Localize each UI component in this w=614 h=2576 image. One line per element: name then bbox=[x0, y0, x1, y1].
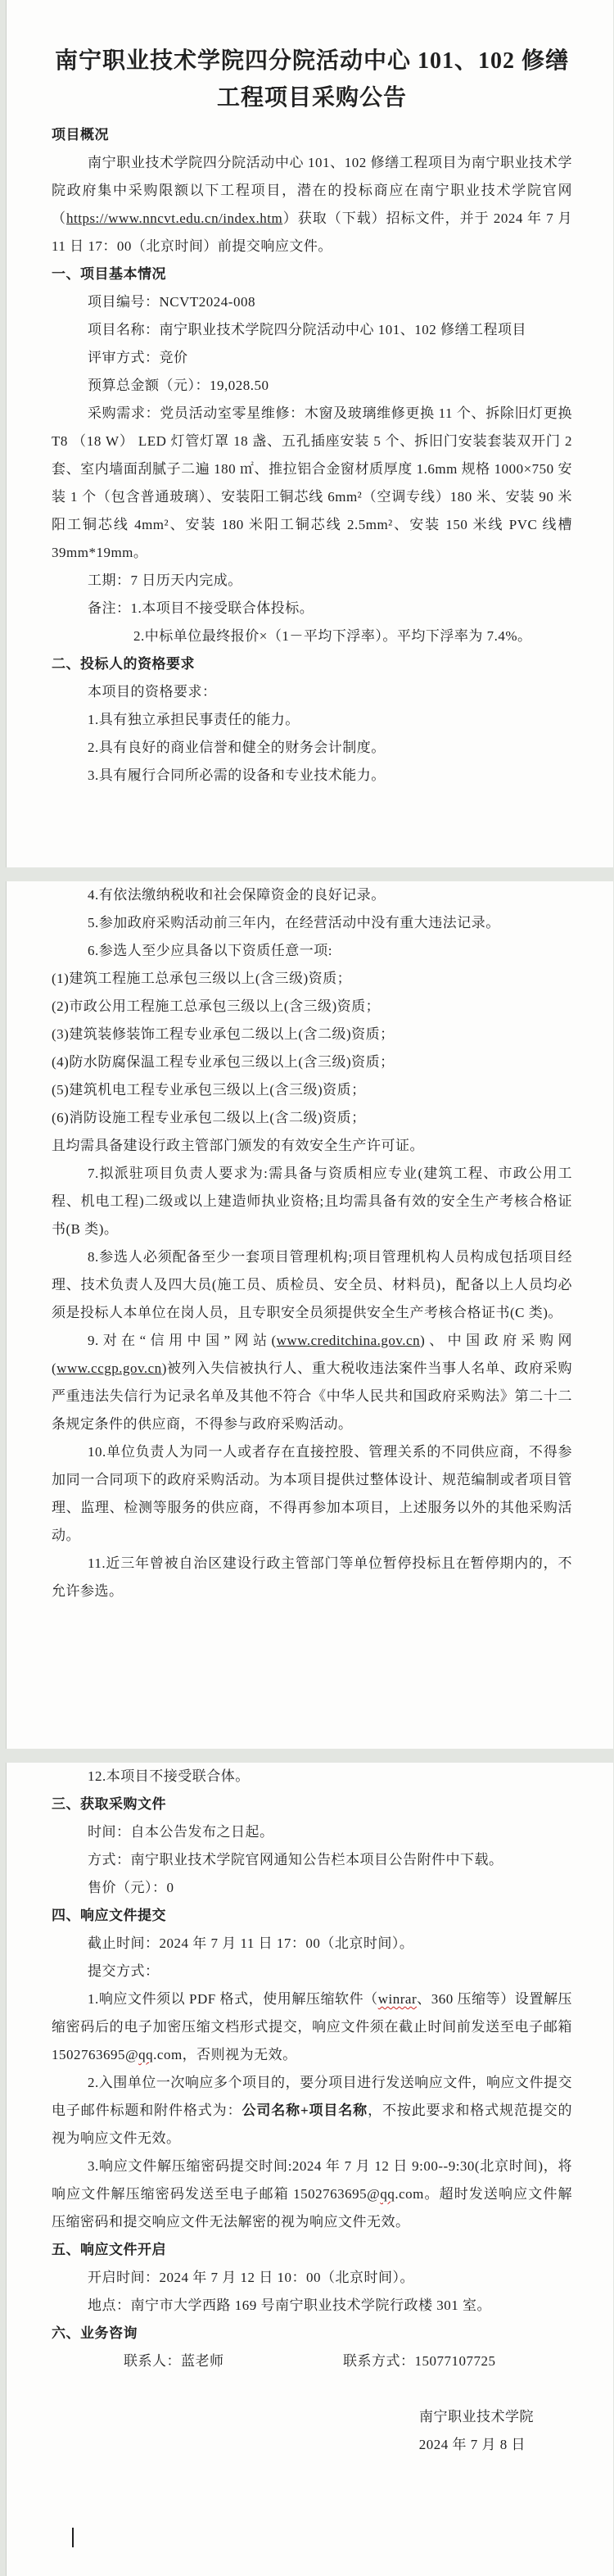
qualification-item-11: 11.近三年曾被自治区建设行政主管部门等单位暂停投标且在暂停期内的，不允许参选。 bbox=[52, 1550, 572, 1605]
text-run: 评审方式：竞价 bbox=[88, 350, 188, 365]
qualification-item-6: 6.参选人至少应具备以下资质任意一项: bbox=[52, 937, 572, 965]
text-run: 2024 年 7 月 8 日 bbox=[419, 2437, 526, 2452]
text-run: 工期：7 日历天内完成。 bbox=[88, 573, 242, 588]
emphasized-text: 公司名称+项目名称 bbox=[242, 2103, 368, 2118]
text-run: 12.本项目不接受联合体。 bbox=[88, 1768, 250, 1784]
submit-rule-2: 2.入围单位一次响应多个项目的，要分项目进行发送响应文件，响应文件提交电子邮件标… bbox=[52, 2069, 572, 2153]
text-run: 联系方式：15077107725 bbox=[343, 2353, 496, 2369]
text-run: 且均需具备建设行政主管部门颁发的有效安全生产许可证。 bbox=[52, 1138, 424, 1153]
text-run: 项目名称：南宁职业技术学院四分院活动中心 101、102 修缮工程项目 bbox=[88, 322, 526, 337]
text-run: 一、项目基本情况 bbox=[52, 266, 166, 282]
text-run: 8.参选人必须配备至少一套项目管理机构;项目管理机构人员构成包括项目经理、技术负… bbox=[52, 1249, 572, 1320]
heading-section-5: 五、响应文件开启 bbox=[52, 2236, 572, 2264]
signature-date: 2024 年 7 月 8 日 bbox=[52, 2431, 572, 2459]
text-run: 时间：自本公告发布之日起。 bbox=[88, 1824, 274, 1840]
text-run: (2)市政公用工程施工总承包三级以上(含三级)资质； bbox=[52, 998, 380, 1014]
qualification-item-9: 9.对在“信用中国”网站(www.creditchina.gov.cn)、中国政… bbox=[52, 1327, 572, 1438]
text-run: 11.近三年曾被自治区建设行政主管部门等单位暂停投标且在暂停期内的，不允许参选。 bbox=[52, 1555, 572, 1599]
paragraph-qualification-intro: 本项目的资格要求： bbox=[52, 678, 572, 706]
qualification-item-2: 2.具有良好的商业信誉和健全的财务会计制度。 bbox=[52, 734, 572, 762]
heading-section-4: 四、响应文件提交 bbox=[52, 1902, 572, 1930]
text-run: 10.单位负责人为同一人或者存在直接控股、管理关系的不同供应商，不得参加同一合同… bbox=[52, 1444, 572, 1543]
text-run: 2.具有良好的商业信誉和健全的财务会计制度。 bbox=[88, 740, 386, 755]
field-obtain-method: 方式：南宁职业技术学院官网通知公告栏本项目公告附件中下载。 bbox=[52, 1846, 572, 1874]
qualification-item-10: 10.单位负责人为同一人或者存在直接控股、管理关系的不同供应商，不得参加同一合同… bbox=[52, 1438, 572, 1550]
text-run: 截止时间：2024 年 7 月 11 日 17：00（北京时间）。 bbox=[88, 1935, 413, 1951]
text-run: (5)建筑机电工程专业承包三级以上(含三级)资质； bbox=[52, 1082, 366, 1098]
text-run: 1.响应文件须以 PDF 格式，使用解压缩软件（ bbox=[88, 1991, 378, 2007]
paragraph-procurement-demand: 采购需求：党员活动室零星维修：木窗及玻璃维修更换 11 个、拆除旧灯更换 T8 … bbox=[52, 400, 572, 567]
heading-section-1: 一、项目基本情况 bbox=[52, 260, 572, 288]
credential-option-5: (5)建筑机电工程专业承包三级以上(含三级)资质； bbox=[52, 1076, 572, 1104]
text-run: 联系人：蓝老师 bbox=[88, 2347, 343, 2375]
submit-rule-3: 3.响应文件解压缩密码提交时间:2024 年 7 月 12 日 9:00--9:… bbox=[52, 2153, 572, 2236]
credential-option-6: (6)消防设施工程专业承包二级以上(含二级)资质； bbox=[52, 1104, 572, 1132]
field-remark-1: 备注：1.本项目不接受联合体投标。 bbox=[52, 595, 572, 622]
field-price: 售价（元）：0 bbox=[52, 1874, 572, 1902]
field-project-number: 项目编号：NCVT2024-008 bbox=[52, 288, 572, 316]
credential-note: 且均需具备建设行政主管部门颁发的有效安全生产许可证。 bbox=[52, 1132, 572, 1160]
text-run: (3)建筑装修装饰工程专业承包二级以上(含二级)资质； bbox=[52, 1026, 395, 1042]
field-review-method: 评审方式：竞价 bbox=[52, 344, 572, 372]
heading-project-overview: 项目概况 bbox=[52, 121, 572, 149]
text-run: 项目编号：NCVT2024-008 bbox=[88, 294, 255, 310]
text-run: 2.中标单位最终报价×（1－平均下浮率）。平均下浮率为 7.4%。 bbox=[133, 628, 532, 644]
qualification-item-8: 8.参选人必须配备至少一套项目管理机构;项目管理机构人员构成包括项目经理、技术负… bbox=[52, 1243, 572, 1327]
text-run: 三、获取采购文件 bbox=[52, 1796, 166, 1812]
hyperlink-text[interactable]: www.ccgp.gov.cn bbox=[56, 1360, 162, 1376]
text-run: 六、业务咨询 bbox=[52, 2325, 138, 2341]
text-run: 五、响应文件开启 bbox=[52, 2242, 166, 2257]
hyperlink-text[interactable]: https://www.nncvt.edu.cn/index.htm bbox=[66, 211, 282, 226]
page-1: 南宁职业技术学院四分院活动中心 101、102 修缮工程项目采购公告项目概况南宁… bbox=[6, 0, 613, 867]
field-obtain-time: 时间：自本公告发布之日起。 bbox=[52, 1818, 572, 1846]
field-budget: 预算总金额（元）：19,028.50 bbox=[52, 372, 572, 400]
text-run: 备注：1.本项目不接受联合体投标。 bbox=[88, 600, 314, 616]
text-run: .com，否则视为无效。 bbox=[153, 2047, 297, 2062]
text-run: 6.参选人至少应具备以下资质任意一项: bbox=[88, 943, 332, 958]
spellcheck-flagged-text: winrar bbox=[378, 1991, 417, 2007]
text-run: 采购需求：党员活动室零星维修：木窗及玻璃维修更换 11 个、拆除旧灯更换 T8 … bbox=[52, 405, 572, 560]
field-open-time: 开启时间：2024 年 7 月 12 日 10：00（北京时间）。 bbox=[52, 2264, 572, 2292]
text-run: 7.拟派驻项目负责人要求为:需具备与资质相应专业(建筑工程、市政公用工程、机电工… bbox=[52, 1166, 572, 1237]
text-run: 1.具有独立承担民事责任的能力。 bbox=[88, 712, 300, 727]
text-run: 9.对在“信用中国”网站( bbox=[88, 1333, 277, 1348]
signature-issuer: 南宁职业技术学院 bbox=[52, 2403, 572, 2431]
qualification-item-3: 3.具有履行合同所必需的设备和专业技术能力。 bbox=[52, 762, 572, 790]
text-run: 预算总金额（元）：19,028.50 bbox=[88, 378, 269, 393]
qualification-item-12: 12.本项目不接受联合体。 bbox=[52, 1763, 572, 1791]
field-duration: 工期：7 日历天内完成。 bbox=[52, 567, 572, 595]
heading-section-6: 六、业务咨询 bbox=[52, 2320, 572, 2347]
text-run: 二、投标人的资格要求 bbox=[52, 656, 195, 672]
text-cursor bbox=[72, 2528, 74, 2547]
heading-section-2: 二、投标人的资格要求 bbox=[52, 650, 572, 678]
document-title: 南宁职业技术学院四分院活动中心 101、102 修缮工程项目采购公告 bbox=[52, 0, 572, 116]
qualification-item-1: 1.具有独立承担民事责任的能力。 bbox=[52, 706, 572, 734]
text-run: 南宁职业技术学院四分院活动中心 101、102 修缮工程项目采购公告 bbox=[55, 48, 569, 111]
page-3: 12.本项目不接受联合体。三、获取采购文件时间：自本公告发布之日起。方式：南宁职… bbox=[6, 1763, 613, 2576]
hyperlink-text[interactable]: www.creditchina.gov.cn bbox=[277, 1333, 420, 1348]
text-run: (6)消防设施工程专业承包二级以上(含二级)资质； bbox=[52, 1110, 366, 1125]
paragraph-overview: 南宁职业技术学院四分院活动中心 101、102 修缮工程项目为南宁职业技术学院政… bbox=[52, 149, 572, 260]
credential-option-1: (1)建筑工程施工总承包三级以上(含三级)资质； bbox=[52, 965, 572, 993]
qualification-item-4: 4.有依法缴纳税收和社会保障资金的良好记录。 bbox=[52, 881, 572, 909]
spellcheck-flagged-text: qq bbox=[380, 2186, 395, 2202]
contact-line: 联系人：蓝老师联系方式：15077107725 bbox=[52, 2347, 572, 2375]
text-run: (1)建筑工程施工总承包三级以上(含三级)资质； bbox=[52, 971, 351, 986]
submit-rule-1: 1.响应文件须以 PDF 格式，使用解压缩软件（winrar、360 压缩等）设… bbox=[52, 1985, 572, 2069]
text-run: 售价（元）：0 bbox=[88, 1880, 174, 1895]
credential-option-3: (3)建筑装修装饰工程专业承包二级以上(含二级)资质； bbox=[52, 1021, 572, 1048]
text-run: 4.有依法缴纳税收和社会保障资金的良好记录。 bbox=[88, 887, 386, 903]
field-remark-2: 2.中标单位最终报价×（1－平均下浮率）。平均下浮率为 7.4%。 bbox=[52, 622, 572, 650]
text-run: 四、响应文件提交 bbox=[52, 1908, 166, 1923]
text-run: 提交方式： bbox=[88, 1963, 160, 1979]
text-run: 方式：南宁职业技术学院官网通知公告栏本项目公告附件中下载。 bbox=[88, 1852, 503, 1867]
page-2: 4.有依法缴纳税收和社会保障资金的良好记录。5.参加政府采购活动前三年内，在经营… bbox=[6, 881, 613, 1749]
text-run: (4)防水防腐保温工程专业承包三级以上(含三级)资质； bbox=[52, 1054, 395, 1070]
text-run: 项目概况 bbox=[52, 127, 109, 143]
field-project-name: 项目名称：南宁职业技术学院四分院活动中心 101、102 修缮工程项目 bbox=[52, 316, 572, 344]
text-run: 本项目的资格要求： bbox=[88, 684, 217, 699]
text-run: 3.具有履行合同所必需的设备和专业技术能力。 bbox=[88, 767, 386, 783]
paragraph-submit-method-label: 提交方式： bbox=[52, 1958, 572, 1985]
text-run: 5.参加政府采购活动前三年内，在经营活动中没有重大违法记录。 bbox=[88, 915, 500, 930]
credential-option-4: (4)防水防腐保温工程专业承包三级以上(含三级)资质； bbox=[52, 1048, 572, 1076]
text-run: 地点：南宁市大学西路 169 号南宁职业技术学院行政楼 301 室。 bbox=[88, 2298, 491, 2313]
spacer bbox=[52, 2375, 572, 2403]
field-open-place: 地点：南宁市大学西路 169 号南宁职业技术学院行政楼 301 室。 bbox=[52, 2292, 572, 2320]
field-deadline: 截止时间：2024 年 7 月 11 日 17：00（北京时间）。 bbox=[52, 1930, 572, 1958]
qualification-item-7: 7.拟派驻项目负责人要求为:需具备与资质相应专业(建筑工程、市政公用工程、机电工… bbox=[52, 1160, 572, 1243]
spellcheck-flagged-text: qq bbox=[138, 2047, 153, 2062]
text-run: 南宁职业技术学院 bbox=[419, 2409, 534, 2424]
text-run: 开启时间：2024 年 7 月 12 日 10：00（北京时间）。 bbox=[88, 2270, 414, 2285]
qualification-item-5: 5.参加政府采购活动前三年内，在经营活动中没有重大违法记录。 bbox=[52, 909, 572, 937]
credential-option-2: (2)市政公用工程施工总承包三级以上(含三级)资质； bbox=[52, 993, 572, 1021]
heading-section-3: 三、获取采购文件 bbox=[52, 1791, 572, 1818]
